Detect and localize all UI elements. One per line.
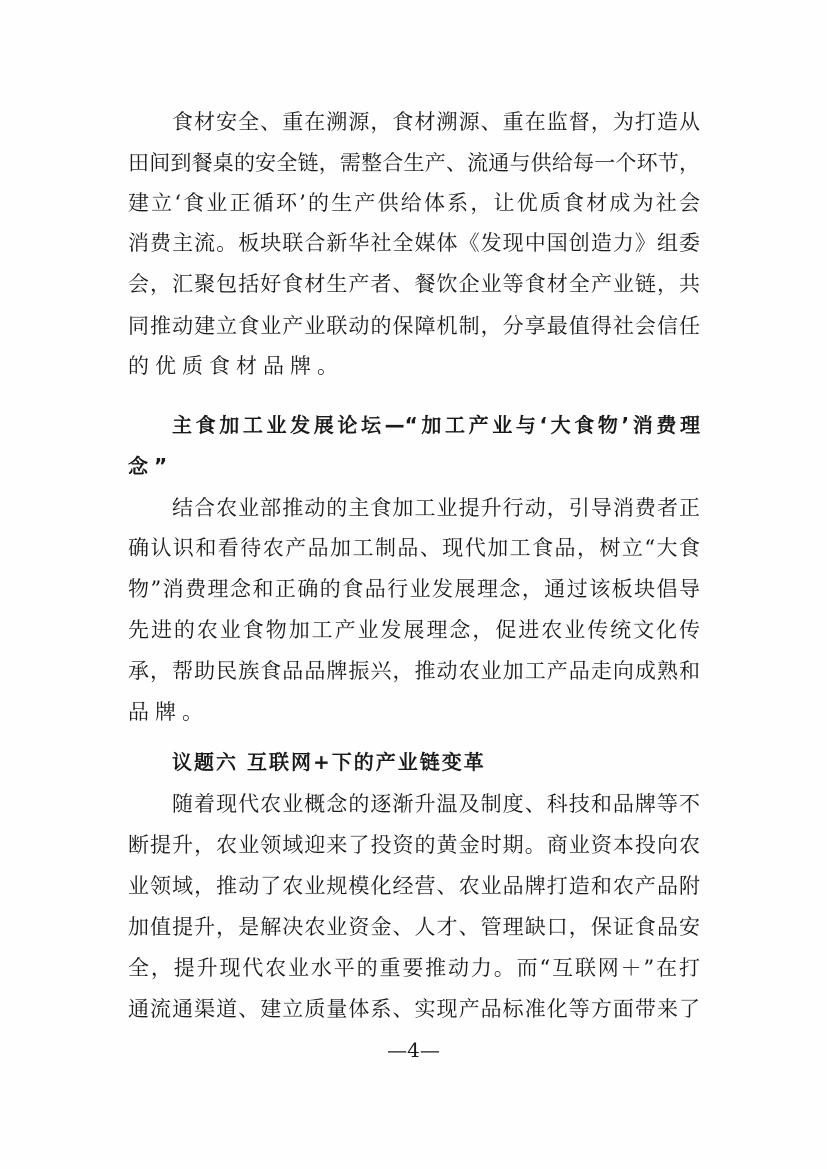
section-heading: 念” [128,451,700,481]
body-line: 结合农业部推动的主食加工业提升行动，引导消费者正 [172,493,700,523]
body-line: 田间到餐桌的安全链，需整合生产、流通与供给每一个环节， [128,148,700,178]
document-page: 食材安全、重在溯源，食材溯源、重在监督，为打造从 田间到餐桌的安全链，需整合生产… [0,0,827,1169]
topic-heading: 议题六 互联网+下的产业链变革 [172,747,700,777]
body-line: 加值提升，是解决农业资金、人才、管理缺口，保证食品安 [128,912,700,942]
body-line: 食材安全、重在溯源，食材溯源、重在监督，为打造从 [172,107,700,137]
body-line: 同推动建立食业产业联动的保障机制，分享最值得社会信任 [128,311,700,341]
body-line: 确认识和看待农产品加工制品、现代加工食品，树立“大食 [128,533,700,563]
body-line: 承，帮助民族食品品牌振兴，推动农业加工产品走向成熟和 [128,656,700,686]
body-line: 通流通渠道、建立质量体系、实现产品标准化等方面带来了 [128,994,700,1024]
body-line: 先进的农业食物加工产业发展理念，促进农业传统文化传 [128,615,700,645]
body-line: 断提升，农业领域迎来了投资的黄金时期。商业资本投向农 [128,830,700,860]
page-number: —4— [0,1036,827,1064]
body-line: 业领域，推动了农业规模化经营、农业品牌打造和农产品附 [128,871,700,901]
body-line: 物”消费理念和正确的食品行业发展理念，通过该板块倡导 [128,574,700,604]
body-line: 的优质食材品牌。 [128,351,700,381]
body-line: 消费主流。板块联合新华社全媒体《发现中国创造力》组委 [128,228,700,258]
body-line: 品牌。 [128,697,700,727]
body-line: 随着现代农业概念的逐渐升温及制度、科技和品牌等不 [172,789,700,819]
body-line: 建立‘食业正循环’的生产供给体系，让优质食材成为社会 [128,188,700,218]
body-line: 会，汇聚包括好食材生产者、餐饮企业等食材全产业链，共 [128,269,700,299]
body-line: 全，提升现代农业水平的重要推动力。而“互联网＋”在打 [128,953,700,983]
section-heading: 主食加工业发展论坛—“加工产业与‘大食物’消费理 [172,410,700,440]
